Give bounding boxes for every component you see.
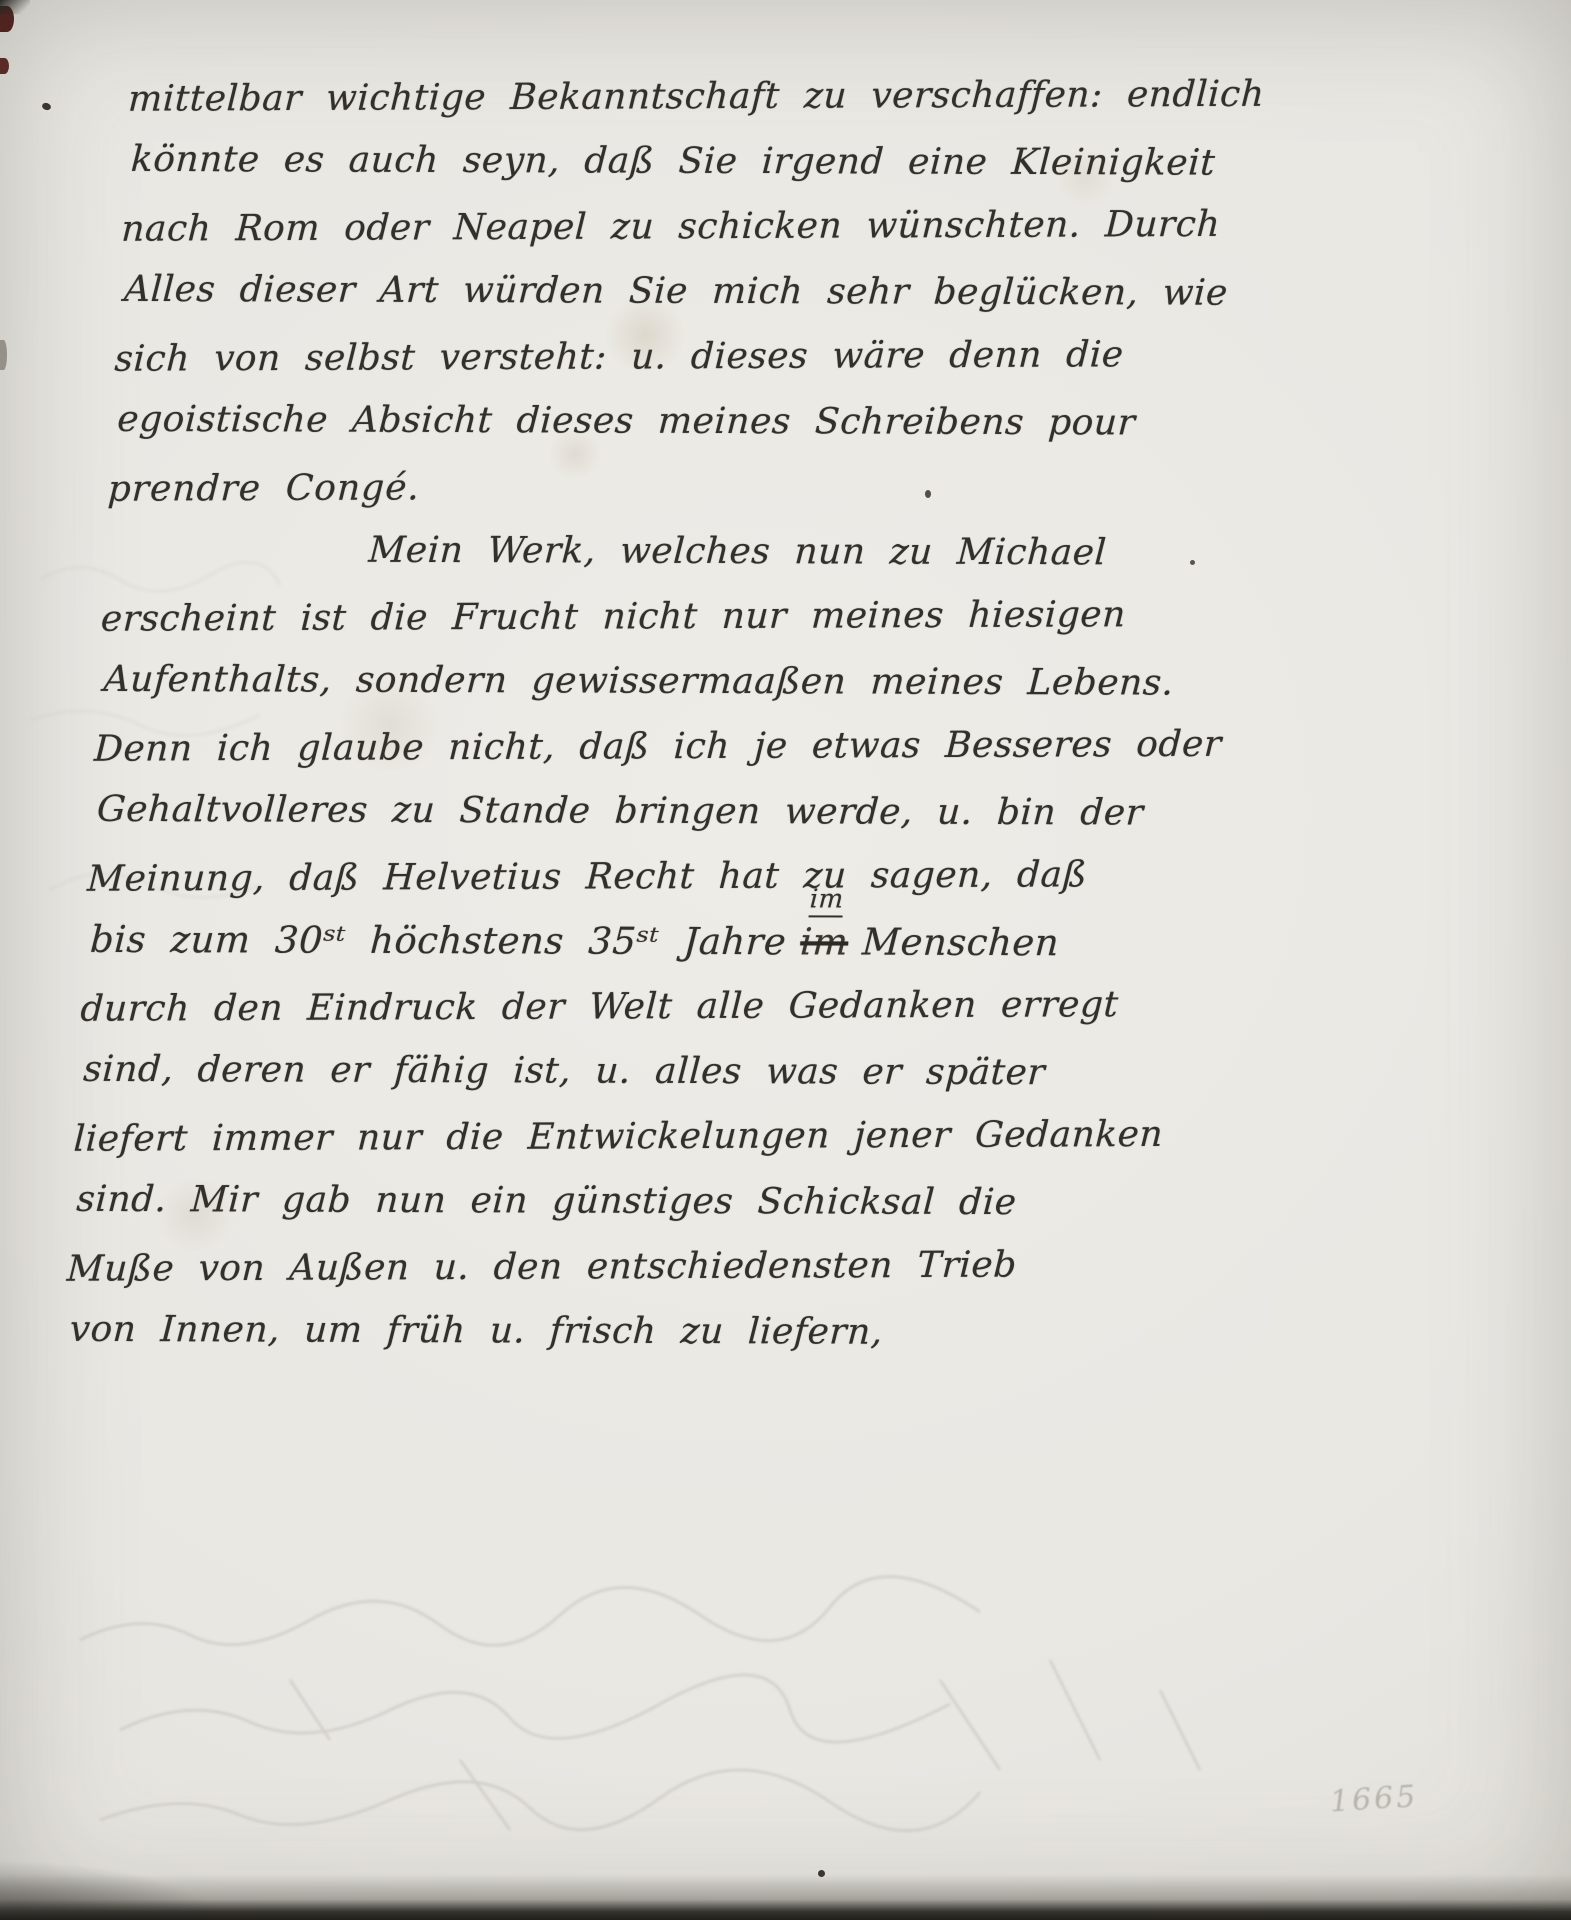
handwritten-line: Mein Werk, welches nun zu Michael xyxy=(109,517,1352,586)
page-number-annotation: 1665 xyxy=(1329,1779,1420,1820)
handwritten-line: liefert immer nur die Entwickelungen jen… xyxy=(72,1101,1315,1171)
struck-word-wrap: imim xyxy=(799,909,851,974)
bottom-corner-shadow xyxy=(0,1860,220,1920)
handwritten-line: sich von selbst versteht: u. dieses wäre… xyxy=(113,321,1356,391)
handwritten-line: mittelbar wichtige Bekanntschaft zu vers… xyxy=(127,61,1370,131)
struck-word: im xyxy=(799,920,849,963)
handwritten-line: Meinung, daß Helvetius Recht hat zu sage… xyxy=(86,841,1329,911)
ghost-writing xyxy=(40,1560,1540,1900)
handwritten-line: Gehaltvolleres zu Stande bringen werde, … xyxy=(95,777,1338,846)
edge-mark xyxy=(0,6,14,32)
handwritten-line: Muße von Außen u. den entschiedensten Tr… xyxy=(65,1231,1308,1301)
manuscript-page: mittelbar wichtige Bekanntschaft zu vers… xyxy=(0,0,1571,1920)
text-block: mittelbar wichtige Bekanntschaft zu vers… xyxy=(62,64,1370,1364)
edge-mark xyxy=(0,340,7,370)
handwritten-line: von Innen, um früh u. frisch zu liefern, xyxy=(68,1297,1311,1366)
bottom-edge-shadow xyxy=(0,1874,1571,1920)
handwritten-line: prendre Congé. xyxy=(106,451,1349,521)
handwritten-line: durch den Eindruck der Welt alle Gedanke… xyxy=(79,971,1322,1041)
handwritten-line: erscheint ist die Frucht nicht nur meine… xyxy=(99,581,1342,651)
line-text-after: Menschen xyxy=(861,921,1060,965)
handwritten-line: egoistische Absicht dieses meines Schrei… xyxy=(116,387,1359,456)
handwritten-line: Alles dieser Art würden Sie mich sehr be… xyxy=(122,257,1365,326)
ink-speck xyxy=(818,1870,825,1877)
edge-mark xyxy=(0,58,9,74)
line-text-before: bis zum 30ˢᵗ höchstens 35ˢᵗ Jahre xyxy=(89,918,788,963)
handwritten-line: sind. Mir gab nun ein günstiges Schicksa… xyxy=(75,1167,1318,1236)
ink-speck xyxy=(41,102,52,112)
handwritten-line-with-correction: bis zum 30ˢᵗ höchstens 35ˢᵗ JahreimimMen… xyxy=(88,907,1331,976)
handwritten-line: könnte es auch seyn, daß Sie irgend eine… xyxy=(129,127,1372,196)
correction-word-above: im xyxy=(809,887,845,917)
corner-mark xyxy=(0,0,30,14)
handwritten-line: sind, deren er fähig ist, u. alles was e… xyxy=(82,1037,1325,1106)
handwritten-line: nach Rom oder Neapel zu schicken wünscht… xyxy=(120,191,1363,261)
handwritten-line: Aufenthalts, sondern gewissermaaßen mein… xyxy=(102,647,1345,716)
handwritten-line: Denn ich glaube nicht, daß ich je etwas … xyxy=(93,711,1336,781)
